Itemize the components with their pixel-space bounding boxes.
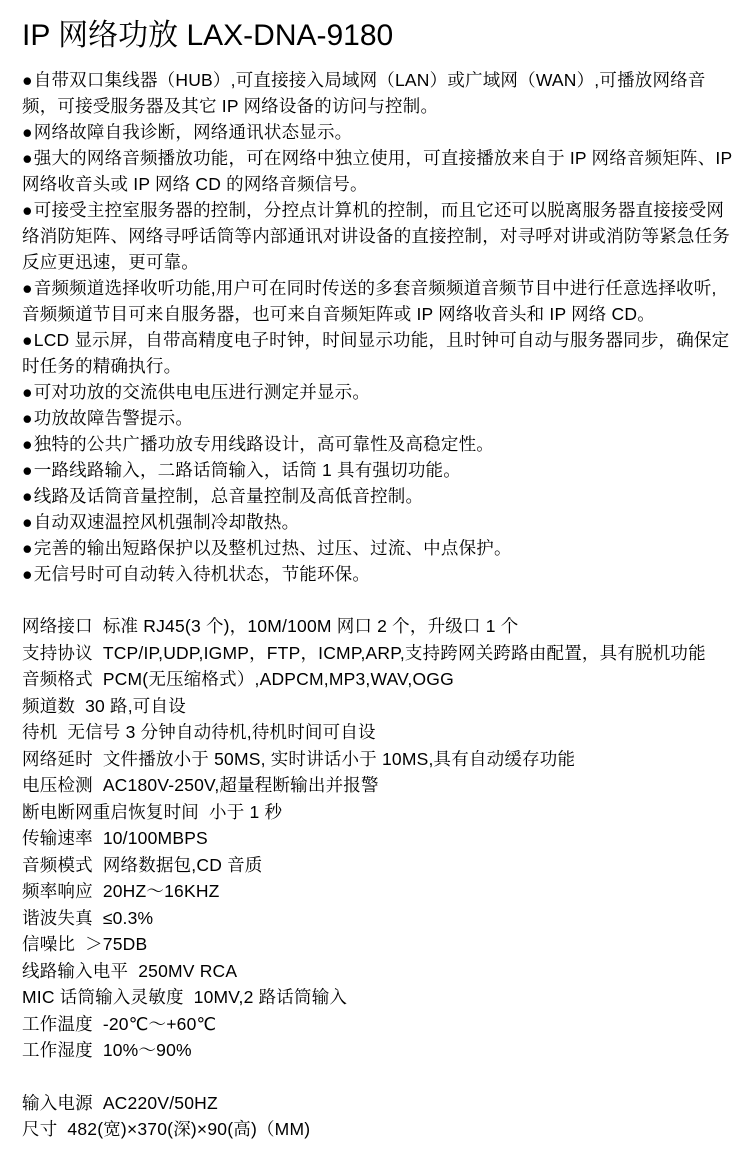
spec-value: 小于 1 秒 [209, 802, 282, 822]
bullet-icon: ● [22, 382, 33, 402]
feature-list: ●自带双口集线器（HUB）,可直接接入局域网（LAN）或广域网（WAN）,可播放… [22, 67, 734, 587]
feature-text: 功放故障告警提示。 [34, 408, 193, 428]
feature-text: 一路线路输入，二路话筒输入，话筒 1 具有强切功能。 [34, 460, 461, 480]
bullet-icon: ● [22, 278, 33, 298]
feature-item: ●功放故障告警提示。 [22, 405, 734, 431]
feature-item: ●强大的网络音频播放功能，可在网络中独立使用，可直接播放来自于 IP 网络音频矩… [22, 145, 734, 197]
spec-row: 音频格式PCM(无压缩格式）,ADPCM,MP3,WAV,OGG [22, 666, 734, 693]
spec-row: 频率响应20HZ～16KHZ [22, 878, 734, 905]
page-title: IP 网络功放 LAX-DNA-9180 [22, 10, 734, 54]
feature-text: 可接受主控室服务器的控制，分控点计算机的控制，而且它还可以脱离服务器直接接受网络… [22, 200, 730, 272]
spec-row: 尺寸482(宽)×370(深)×90(高)（MM) [22, 1116, 734, 1143]
spec-label: 谐波失真 [22, 908, 93, 928]
spec-label: 音频模式 [22, 855, 93, 875]
bullet-icon: ● [22, 460, 33, 480]
spec-value: 20HZ～16KHZ [103, 881, 220, 901]
spec-label: 工作湿度 [22, 1040, 93, 1060]
spec-value: 250MV RCA [138, 961, 237, 981]
spec-value: 标准 RJ45(3 个)，10M/100M 网口 2 个，升级口 1 个 [103, 616, 519, 636]
spec-row: 待机无信号 3 分钟自动待机,待机时间可自设 [22, 719, 734, 746]
bullet-icon: ● [22, 70, 33, 90]
spec-label: 输入电源 [22, 1093, 93, 1113]
feature-item: ●线路及话筒音量控制，总音量控制及高低音控制。 [22, 483, 734, 509]
bullet-icon: ● [22, 200, 33, 220]
spec-label: 支持协议 [22, 643, 93, 663]
feature-text: 音频频道选择收听功能,用户可在同时传送的多套音频频道音频节目中进行任意选择收听,… [22, 278, 717, 324]
spec-document: IP 网络功放 LAX-DNA-9180 ●自带双口集线器（HUB）,可直接接入… [0, 0, 750, 1143]
spec-row: 网络延时文件播放小于 50MS, 实时讲话小于 10MS,具有自动缓存功能 [22, 746, 734, 773]
bullet-icon: ● [22, 486, 33, 506]
feature-item: ●自动双速温控风机强制冷却散热。 [22, 509, 734, 535]
spec-row: 频道数30 路,可自设 [22, 693, 734, 720]
feature-text: 线路及话筒音量控制，总音量控制及高低音控制。 [34, 486, 423, 506]
feature-item: ●音频频道选择收听功能,用户可在同时传送的多套音频频道音频节目中进行任意选择收听… [22, 275, 734, 327]
spec-row: 电压检测AC180V-250V,超量程断输出并报警 [22, 772, 734, 799]
spec-row: 工作湿度10%～90% [22, 1037, 734, 1064]
feature-text: 完善的输出短路保护以及整机过热、过压、过流、中点保护。 [34, 538, 512, 558]
spec-row: 信噪比＞75DB [22, 931, 734, 958]
feature-item: ●可接受主控室服务器的控制，分控点计算机的控制，而且它还可以脱离服务器直接接受网… [22, 197, 734, 275]
spec-label: 网络延时 [22, 749, 93, 769]
spec-row: 断电断网重启恢复时间小于 1 秒 [22, 799, 734, 826]
spec-label: 待机 [22, 722, 57, 742]
spec-row: 传输速率10/100MBPS [22, 825, 734, 852]
spec-value: 10/100MBPS [103, 828, 208, 848]
spec-row: 输入电源AC220V/50HZ [22, 1090, 734, 1117]
spec-value: TCP/IP,UDP,IGMP，FTP，ICMP,ARP,支持跨网关跨路由配置，… [103, 643, 706, 663]
spec-label: MIC 话筒输入灵敏度 [22, 987, 184, 1007]
feature-text: 自带双口集线器（HUB）,可直接接入局域网（LAN）或广域网（WAN）,可播放网… [22, 70, 706, 116]
spec-row: 线路输入电平250MV RCA [22, 958, 734, 985]
spec-label: 工作温度 [22, 1014, 93, 1034]
bullet-icon: ● [22, 408, 33, 428]
spec-label: 网络接口 [22, 616, 93, 636]
spec-value: PCM(无压缩格式）,ADPCM,MP3,WAV,OGG [103, 669, 454, 689]
spec-label: 电压检测 [22, 775, 93, 795]
spec-label: 传输速率 [22, 828, 93, 848]
feature-item: ●自带双口集线器（HUB）,可直接接入局域网（LAN）或广域网（WAN）,可播放… [22, 67, 734, 119]
feature-item: ●独特的公共广播功放专用线路设计，高可靠性及高稳定性。 [22, 431, 734, 457]
spec-label: 断电断网重启恢复时间 [22, 802, 199, 822]
spec-label: 尺寸 [22, 1119, 57, 1139]
feature-item: ●完善的输出短路保护以及整机过热、过压、过流、中点保护。 [22, 535, 734, 561]
feature-text: 自动双速温控风机强制冷却散热。 [34, 512, 300, 532]
spec-value: 30 路,可自设 [85, 696, 186, 716]
feature-text: LCD 显示屏，自带高精度电子时钟，时间显示功能，且时钟可自动与服务器同步，确保… [22, 330, 729, 376]
spec-value: 网络数据包,CD 音质 [103, 855, 263, 875]
feature-text: 无信号时可自动转入待机状态，节能环保。 [34, 564, 370, 584]
spec-value: ＞75DB [85, 934, 147, 954]
spec-value: 10MV,2 路话筒输入 [194, 987, 347, 1007]
bullet-icon: ● [22, 512, 33, 532]
spec-value: 文件播放小于 50MS, 实时讲话小于 10MS,具有自动缓存功能 [103, 749, 575, 769]
spec-value: ≤0.3% [103, 908, 154, 928]
bullet-icon: ● [22, 330, 33, 350]
feature-item: ●无信号时可自动转入待机状态，节能环保。 [22, 561, 734, 587]
spec-value: 无信号 3 分钟自动待机,待机时间可自设 [67, 722, 375, 742]
spec-label: 信噪比 [22, 934, 75, 954]
spec-label: 频率响应 [22, 881, 93, 901]
feature-item: ●可对功放的交流供电电压进行测定并显示。 [22, 379, 734, 405]
power-spec-list: 输入电源AC220V/50HZ 尺寸482(宽)×370(深)×90(高)（MM… [22, 1090, 734, 1143]
spec-row: 音频模式网络数据包,CD 音质 [22, 852, 734, 879]
feature-text: 独特的公共广播功放专用线路设计，高可靠性及高稳定性。 [34, 434, 494, 454]
spec-label: 频道数 [22, 696, 75, 716]
spec-value: AC220V/50HZ [103, 1093, 218, 1113]
spec-row: 网络接口标准 RJ45(3 个)，10M/100M 网口 2 个，升级口 1 个 [22, 613, 734, 640]
spec-label: 线路输入电平 [22, 961, 128, 981]
bullet-icon: ● [22, 122, 33, 142]
feature-text: 可对功放的交流供电电压进行测定并显示。 [34, 382, 370, 402]
bullet-icon: ● [22, 434, 33, 454]
spec-row: 谐波失真≤0.3% [22, 905, 734, 932]
spec-value: AC180V-250V,超量程断输出并报警 [103, 775, 379, 795]
spec-value: 482(宽)×370(深)×90(高)（MM) [67, 1119, 310, 1139]
feature-text: 网络故障自我诊断，网络通讯状态显示。 [34, 122, 353, 142]
bullet-icon: ● [22, 148, 33, 168]
feature-item: ●LCD 显示屏，自带高精度电子时钟，时间显示功能，且时钟可自动与服务器同步，确… [22, 327, 734, 379]
feature-text: 强大的网络音频播放功能，可在网络中独立使用，可直接播放来自于 IP 网络音频矩阵… [22, 148, 732, 194]
bullet-icon: ● [22, 564, 33, 584]
feature-item: ●网络故障自我诊断，网络通讯状态显示。 [22, 119, 734, 145]
spec-value: 10%～90% [103, 1040, 192, 1060]
spec-list: 网络接口标准 RJ45(3 个)，10M/100M 网口 2 个，升级口 1 个… [22, 613, 734, 1064]
feature-item: ●一路线路输入，二路话筒输入，话筒 1 具有强切功能。 [22, 457, 734, 483]
spec-value: -20℃～+60℃ [103, 1014, 217, 1034]
spec-row: 工作温度-20℃～+60℃ [22, 1011, 734, 1038]
spec-row: MIC 话筒输入灵敏度10MV,2 路话筒输入 [22, 984, 734, 1011]
spec-label: 音频格式 [22, 669, 93, 689]
spec-row: 支持协议TCP/IP,UDP,IGMP，FTP，ICMP,ARP,支持跨网关跨路… [22, 640, 734, 667]
bullet-icon: ● [22, 538, 33, 558]
